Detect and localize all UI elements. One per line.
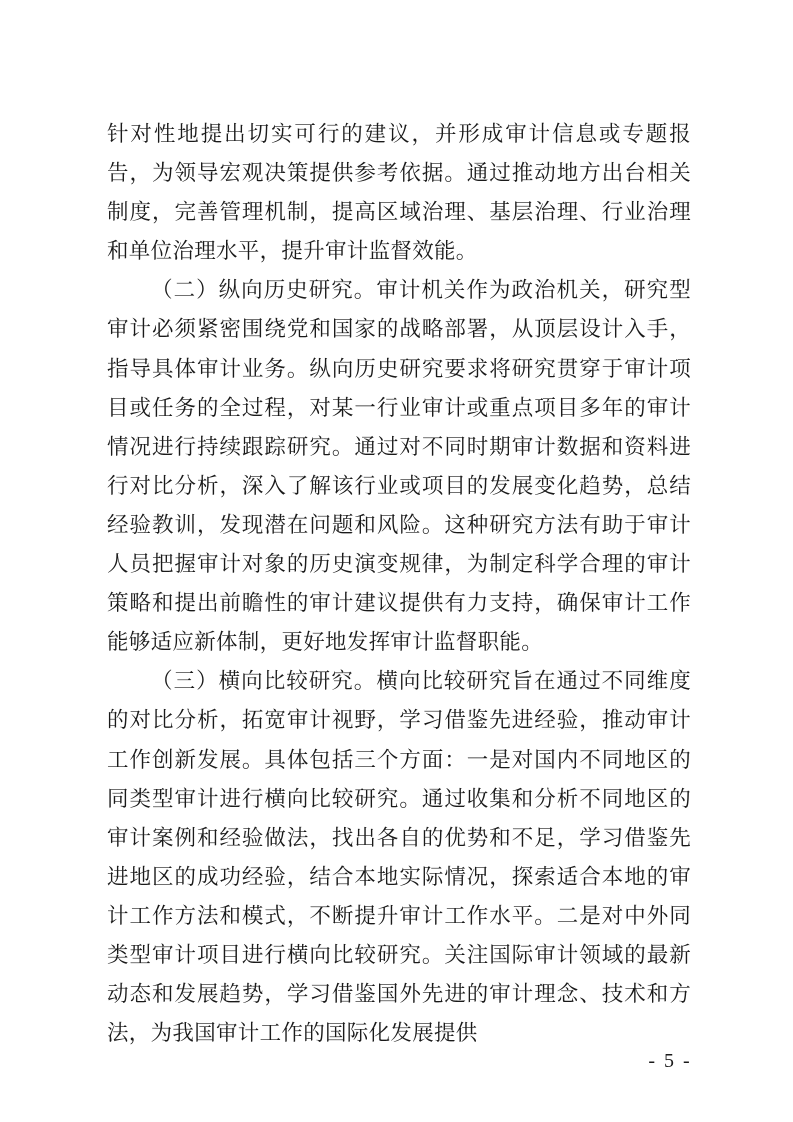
document-page: 针对性地提出切实可行的建议，并形成审计信息或专题报告，为领导宏观决策提供参考依据… — [0, 0, 793, 1122]
paragraph-continuation: 针对性地提出切实可行的建议，并形成审计信息或专题报告，为领导宏观决策提供参考依据… — [107, 115, 691, 271]
body-text: 针对性地提出切实可行的建议，并形成审计信息或专题报告，为领导宏观决策提供参考依据… — [107, 115, 691, 1053]
paragraph-horizontal-comparative-research: （三）横向比较研究。横向比较研究旨在通过不同维度的对比分析，拓宽审计视野，学习借… — [107, 662, 691, 1053]
paragraph-vertical-historical-research: （二）纵向历史研究。审计机关作为政治机关，研究型审计必须紧密围绕党和国家的战略部… — [107, 271, 691, 662]
page-number: - 5 - — [640, 1050, 700, 1073]
